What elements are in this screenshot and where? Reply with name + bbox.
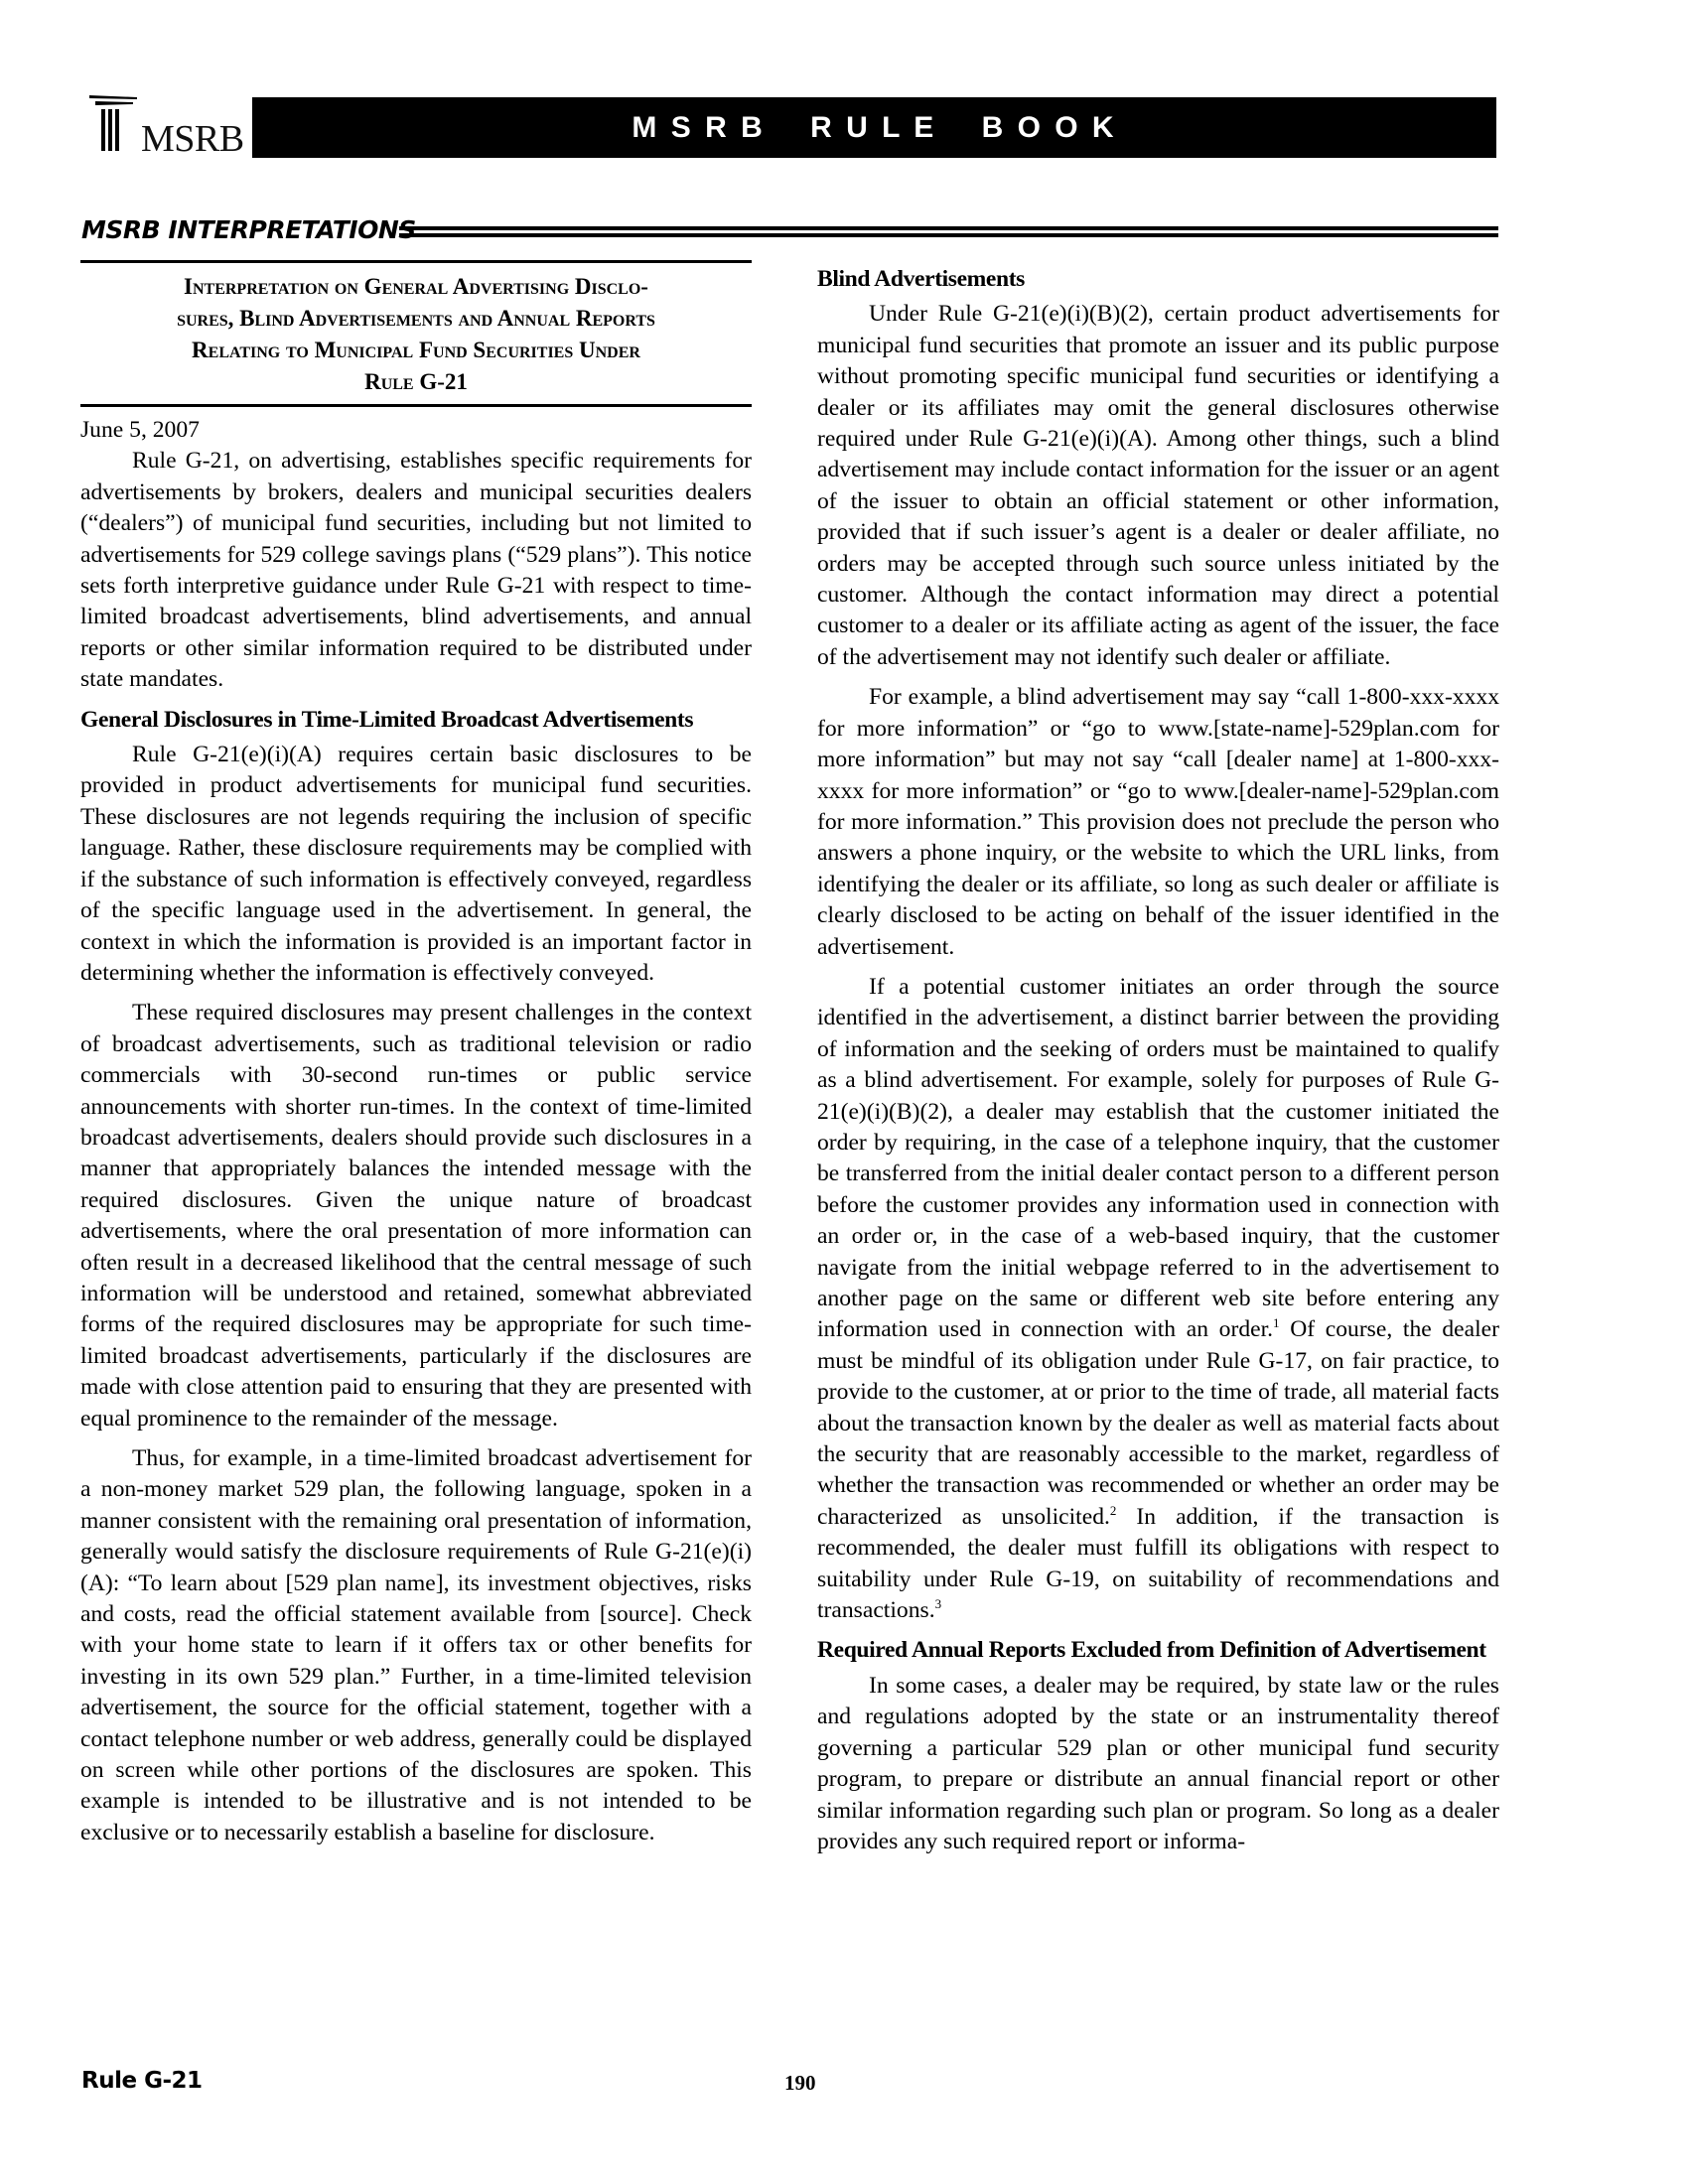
intro-paragraph: Rule G-21, on advertising, establishes s…	[80, 446, 752, 695]
body-paragraph: Rule G-21(e)(i)(A) requires certain basi…	[80, 740, 752, 989]
section-heading-blind-advertisements: Blind Advertisements	[817, 264, 1499, 295]
section-label: MSRB INTERPRETATIONS	[81, 215, 416, 244]
rule-book-banner: M S R B R U L E B O O K	[252, 97, 1496, 158]
document-title: Interpretation on General Advertising Di…	[80, 260, 752, 407]
title-line: Rule G-21	[80, 366, 752, 398]
left-column: Interpretation on General Advertising Di…	[80, 260, 752, 1857]
title-line: Relating to Municipal Fund Securities Un…	[80, 335, 752, 366]
body-paragraph: If a potential customer initiates an ord…	[817, 972, 1499, 1627]
title-line: Interpretation on General Advertising Di…	[80, 271, 752, 303]
document-date: June 5, 2007	[80, 415, 752, 446]
banner-title: M S R B R U L E B O O K	[632, 111, 1116, 145]
paragraph-text: Of course, the dealer must be mindful of…	[817, 1316, 1499, 1529]
footnote-ref-3[interactable]: 3	[935, 1596, 942, 1611]
paragraph-text: If a potential customer initiates an ord…	[817, 974, 1499, 1342]
section-heading-general-disclosures: General Disclosures in Time-Limited Broa…	[80, 705, 752, 736]
msrb-logo: MSRB	[87, 93, 236, 161]
title-line: sures, Blind Advertisements and Annual R…	[80, 303, 752, 335]
page-number: 190	[784, 2071, 816, 2096]
logo-text: MSRB	[141, 117, 244, 161]
body-paragraph: In some cases, a dealer may be required,…	[817, 1671, 1499, 1857]
right-column: Blind Advertisements Under Rule G-21(e)(…	[817, 260, 1499, 1866]
body-paragraph: Under Rule G-21(e)(i)(B)(2), certain pro…	[817, 299, 1499, 673]
column-pillar-icon	[87, 93, 137, 159]
body-paragraph: Thus, for example, in a time-limited bro…	[80, 1443, 752, 1848]
section-divider	[399, 226, 1498, 237]
body-paragraph: For example, a blind advertisement may s…	[817, 682, 1499, 963]
section-heading-annual-reports: Required Annual Reports Excluded from De…	[817, 1635, 1499, 1666]
body-paragraph: These required disclosures may present c…	[80, 998, 752, 1434]
footer-rule-label: Rule G-21	[81, 2068, 203, 2094]
